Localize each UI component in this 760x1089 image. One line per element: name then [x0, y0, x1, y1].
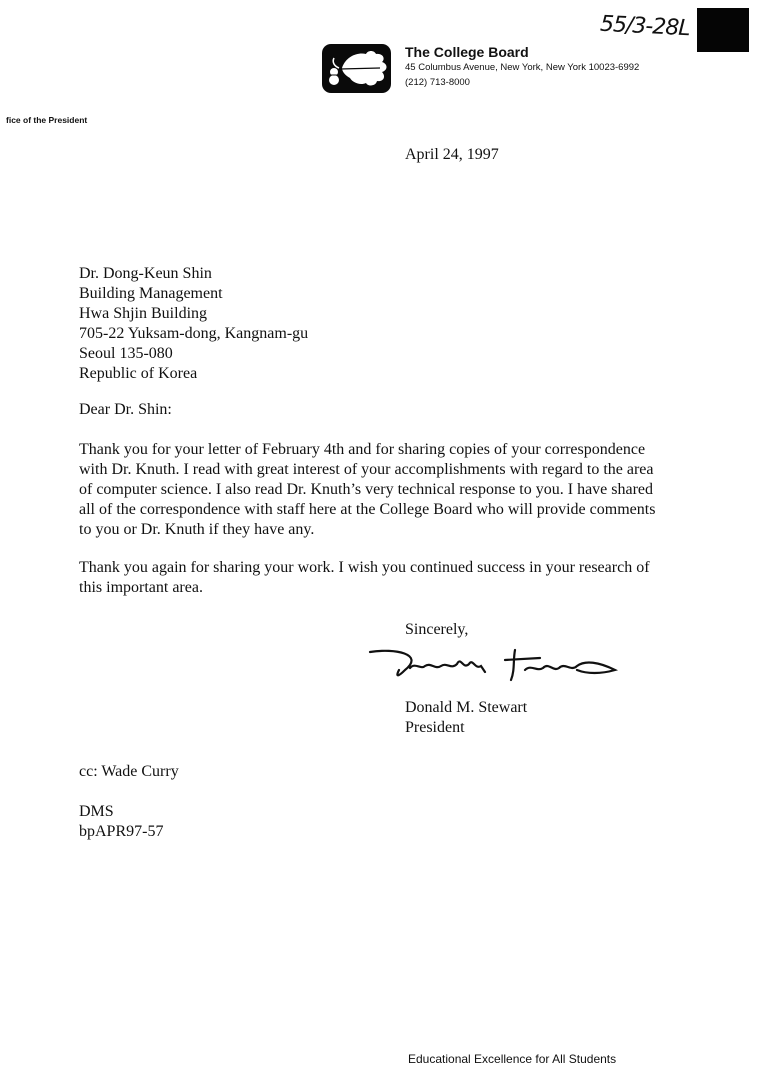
cc-line: cc: Wade Curry [79, 762, 179, 782]
closing: Sincerely, [405, 620, 468, 640]
signature-icon [365, 640, 625, 690]
recipient-line: Dr. Dong-Keun Shin [79, 264, 308, 284]
recipient-line: Building Management [79, 284, 308, 304]
recipient-line: 705-22 Yuksam-dong, Kangnam-gu [79, 324, 308, 344]
recipient-address: Dr. Dong-Keun Shin Building Management H… [79, 264, 308, 384]
college-board-logo-icon [322, 44, 391, 93]
organization-address: 45 Columbus Avenue, New York, New York 1… [405, 62, 639, 73]
salutation: Dear Dr. Shin: [79, 400, 172, 420]
handwritten-reference-note: 55/3-28L [599, 12, 690, 42]
recipient-line: Seoul 135-080 [79, 344, 308, 364]
recipient-line: Hwa Shjin Building [79, 304, 308, 324]
organization-name: The College Board [405, 44, 529, 60]
body-paragraph: Thank you again for sharing your work. I… [79, 558, 659, 598]
office-label: fice of the President [6, 115, 87, 125]
organization-phone: (212) 713-8000 [405, 77, 470, 88]
signer-name: Donald M. Stewart [405, 698, 527, 718]
recipient-line: Republic of Korea [79, 364, 308, 384]
footer-tagline: Educational Excellence for All Students [408, 1052, 616, 1066]
letter-body: Thank you for your letter of February 4t… [79, 440, 659, 616]
signer-title: President [405, 718, 527, 738]
body-paragraph: Thank you for your letter of February 4t… [79, 440, 659, 540]
signer-block: Donald M. Stewart President [405, 698, 527, 738]
initials-line: bpAPR97-57 [79, 822, 163, 842]
reference-initials: DMS bpAPR97-57 [79, 802, 163, 842]
letter-date: April 24, 1997 [405, 145, 499, 165]
initials-line: DMS [79, 802, 163, 822]
redaction-block [697, 8, 749, 52]
